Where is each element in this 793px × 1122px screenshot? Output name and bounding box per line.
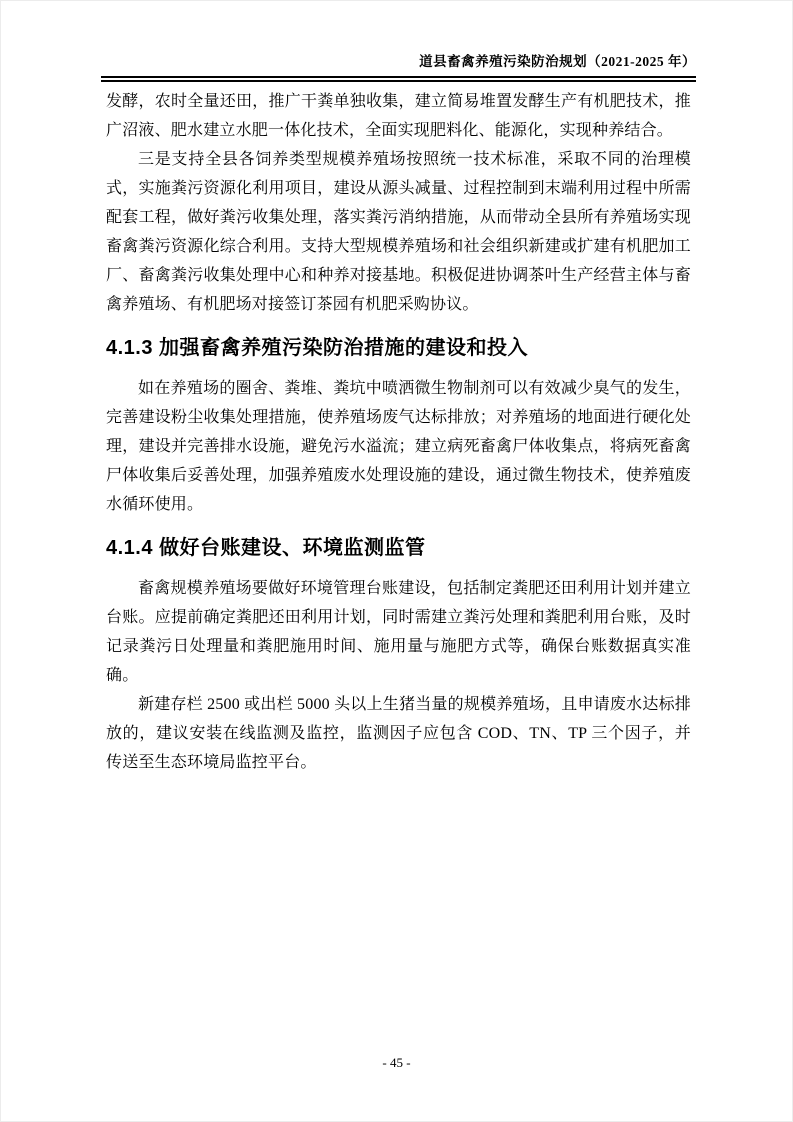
paragraph-section-4-1-4-monitoring: 新建存栏 2500 或出栏 5000 头以上生猪当量的规模养殖场，且申请废水达标… — [106, 690, 691, 777]
header-double-rule — [101, 76, 696, 82]
document-page: 道县畜禽养殖污染防治规划（2021-2025 年） 发酵，农时全量还田，推广干粪… — [0, 0, 793, 1122]
page-header: 道县畜禽养殖污染防治规划（2021-2025 年） — [101, 53, 696, 82]
paragraph-measure-three: 三是支持全县各饲养类型规模养殖场按照统一技术标准，采取不同的治理模式，实施粪污资… — [106, 145, 691, 319]
section-heading-4-1-4: 4.1.4 做好台账建设、环境监测监管 — [106, 534, 691, 562]
document-body: 发酵，农时全量还田，推广干粪单独收集，建立简易堆置发酵生产有机肥技术，推广沼液、… — [106, 87, 691, 777]
page-footer: - 45 - — [1, 1055, 792, 1071]
section-heading-4-1-3: 4.1.3 加强畜禽养殖污染防治措施的建设和投入 — [106, 334, 691, 362]
paragraph-continuation: 发酵，农时全量还田，推广干粪单独收集，建立简易堆置发酵生产有机肥技术，推广沼液、… — [106, 87, 691, 145]
paragraph-section-4-1-4-ledger: 畜禽规模养殖场要做好环境管理台账建设，包括制定粪肥还田利用计划并建立台账。应提前… — [106, 574, 691, 690]
header-title: 道县畜禽养殖污染防治规划（2021-2025 年） — [101, 53, 696, 71]
page-number: - 45 - — [382, 1055, 410, 1070]
paragraph-section-4-1-3: 如在养殖场的圈舍、粪堆、粪坑中喷洒微生物制剂可以有效减少臭气的发生，完善建设粉尘… — [106, 374, 691, 519]
